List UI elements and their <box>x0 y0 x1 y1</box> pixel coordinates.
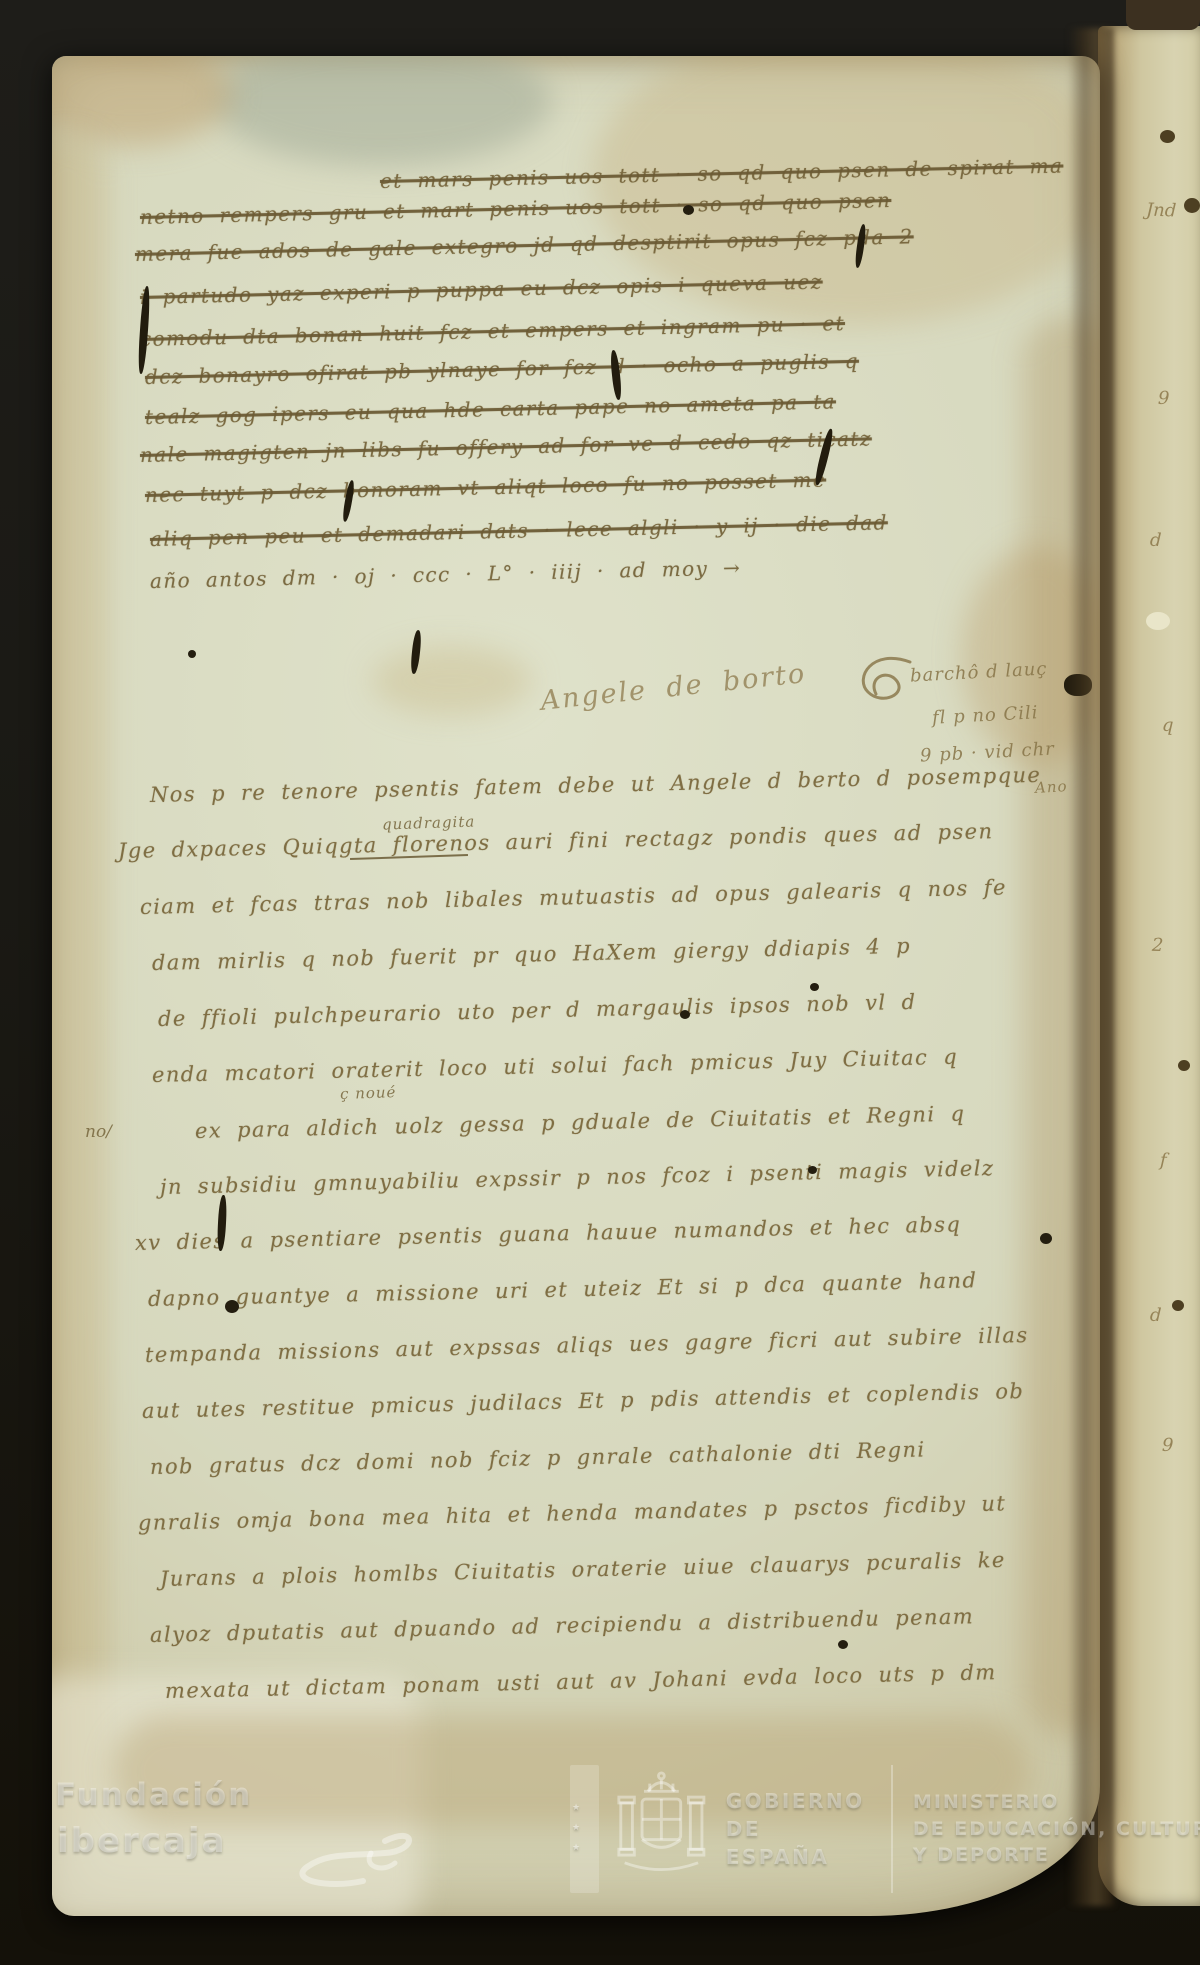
stars-icon: ★ ★ ★ <box>572 1803 580 1853</box>
stain <box>372 646 532 716</box>
next-page-text-fragment: 9 <box>1158 388 1170 409</box>
ink-blot <box>838 1640 848 1649</box>
paper-notch <box>1146 612 1170 630</box>
ink-blot <box>808 1166 817 1174</box>
ibercaja-watermark: Fundación ibercaja <box>55 1777 475 1897</box>
next-page-text-fragment: q <box>1162 715 1174 736</box>
side-note-line: barchô d lauç <box>910 658 1048 686</box>
next-page-text-fragment: d <box>1150 1305 1162 1326</box>
ink-blot <box>410 630 423 675</box>
watermark-divider <box>891 1765 893 1893</box>
next-page-text-fragment: 9 <box>1162 1435 1174 1456</box>
manuscript-line: nec tuyt p dcz bonoram vt aliqt loco fu … <box>145 468 827 507</box>
manuscript-line: de ffioli pulchpeurario uto per d margau… <box>158 990 917 1031</box>
binding-edge <box>1126 0 1200 30</box>
next-page-text-fragment: d <box>1150 530 1162 551</box>
manuscript-line: mera fue ados de gale extegro jd qd desp… <box>135 224 914 266</box>
ministerio-watermark-text: MINISTERIO DE EDUCACIÓN, CULTURA Y DEPOR… <box>913 1789 1200 1869</box>
ink-blot <box>810 983 819 991</box>
manuscript-line: dcz bonayro ofirat pb ylnaye for fcz d ·… <box>145 349 859 389</box>
gobierno-line2: DE ESPAÑA <box>726 1815 869 1871</box>
manuscript-line: xv dies a psentiare psentis guana hauue … <box>135 1212 962 1255</box>
star-icon: ★ <box>572 1823 580 1833</box>
manuscript-line: alyoz dputatis aut dpuando ad recipiendu… <box>150 1604 975 1647</box>
manuscript-line: netno rempers gru et mart penis uos tott… <box>140 188 892 229</box>
government-watermark: ★ ★ ★ GOBIE <box>570 1765 1200 1893</box>
ibercaja-swirl-icon <box>267 1823 417 1893</box>
manuscript-line: Jurans a plois homlbs Ciuitatis oraterie… <box>160 1548 1006 1591</box>
manuscript-line: dapno guantye a missione uri et uteiz Et… <box>148 1268 978 1311</box>
ink-blot <box>188 650 196 658</box>
manuscript-line: enda mcatori oraterit loco uti solui fac… <box>152 1045 959 1087</box>
flag-banner-icon: ★ ★ ★ <box>570 1765 599 1893</box>
manuscript-line: aliq pen peu et demadari dats · lece alg… <box>150 510 888 551</box>
ministerio-line1: MINISTERIO <box>913 1789 1200 1816</box>
star-icon: ★ <box>572 1803 580 1813</box>
side-note-line: fl p no Cili <box>932 702 1040 729</box>
manuscript-line: Jge dxpaces Quiqgta florenos auri fini r… <box>118 819 994 863</box>
ibercaja-watermark-line1: Fundación <box>55 1777 252 1813</box>
entry-heading: Angele de borto <box>539 658 808 717</box>
edge-stain <box>52 136 107 1836</box>
gobierno-watermark-text: GOBIERNO DE ESPAÑA <box>726 1787 869 1871</box>
ink-blot <box>680 1010 690 1019</box>
ministerio-line2: DE EDUCACIÓN, CULTURA <box>913 1816 1200 1843</box>
ink-blot <box>683 205 694 215</box>
gobierno-line1: GOBIERNO <box>726 1787 869 1815</box>
paraph-flourish-icon <box>852 652 916 718</box>
worm-hole <box>1178 1060 1190 1071</box>
manuscript-line: aut utes restitue pmicus judilacs Et p p… <box>142 1379 1025 1423</box>
manuscript-line: mexata ut dictam ponam usti aut av Johan… <box>165 1660 997 1703</box>
next-page-text-fragment: 2 <box>1152 935 1164 956</box>
manuscript-line: ex para aldich uolz gessa p gduale de Ci… <box>195 1102 966 1143</box>
star-icon: ★ <box>572 1843 580 1853</box>
next-page-text-fragment: f <box>1160 1150 1167 1171</box>
gutter-fold <box>1068 28 1114 1906</box>
spain-coat-of-arms-icon <box>615 1768 708 1890</box>
worm-hole <box>1184 198 1200 213</box>
manuscript-line: comodu dta bonan huit fcz et empers et i… <box>140 311 846 351</box>
manuscript-page: et mars penis uos tott · so qd quo psen … <box>52 56 1100 1916</box>
paper-hole <box>225 1300 239 1313</box>
next-page-text-fragment: Jnd <box>1146 199 1177 221</box>
manuscript-line: dam mirlis q nob fuerit pr quo HaXem gie… <box>152 934 912 975</box>
manuscript-photo: Jnd 9 d q 2 f d 9 et mars penis uos tott… <box>0 0 1200 1965</box>
edge-stain <box>52 56 232 146</box>
margin-note: no/ <box>85 1122 112 1142</box>
ibercaja-watermark-line2: ibercaja <box>57 1821 227 1861</box>
worm-hole <box>1160 130 1175 143</box>
repair-stain <box>212 56 552 166</box>
manuscript-line: nob gratus dcz domi nob fciz p gnrale ca… <box>150 1437 926 1479</box>
manuscript-line: nale magigten jn libs fu offery ad for v… <box>140 426 872 467</box>
manuscript-line: tempanda missions aut expssas aliqs ues … <box>145 1323 1029 1367</box>
manuscript-date-line: año antos dm · oj · ccc · L° · iiij · ad… <box>150 556 742 593</box>
manuscript-line: tealz gog ipers eu qua hde carta pape no… <box>145 389 836 429</box>
ink-blot <box>1040 1233 1052 1244</box>
ministerio-line3: Y DEPORTE <box>913 1842 1200 1869</box>
worm-hole <box>1172 1300 1184 1311</box>
manuscript-line: et mars penis uos tott · so qd quo psen … <box>380 153 1064 193</box>
manuscript-line: Nos p re tenore psentis fatem debe ut An… <box>150 763 1042 807</box>
interlinear-correction: ç noué <box>340 1083 397 1103</box>
manuscript-line: ciam et fcas ttras nob libales mutuastis… <box>140 875 1007 919</box>
manuscript-line: jn subsidiu gmnuyabiliu expssir p nos fc… <box>160 1156 995 1199</box>
manuscript-line: i partudo yaz experi p puppa eu dcz opis… <box>140 270 823 309</box>
manuscript-line: gnralis omja bona mea hita et henda mand… <box>138 1491 1007 1535</box>
